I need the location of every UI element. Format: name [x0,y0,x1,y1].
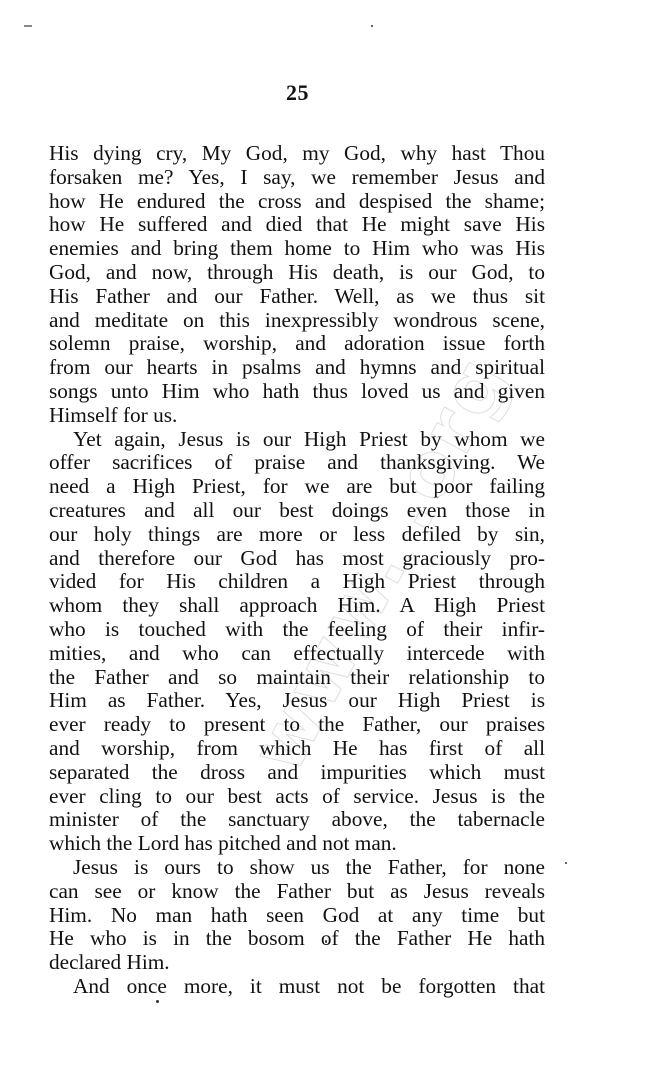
text-line: who is touched with the feeling of their… [49,618,545,642]
text-line: Yet again, Jesus is our High Priest by w… [49,428,545,452]
text-line: He who is in the bosom of the Father He … [49,927,545,951]
text-line: and therefore our God has most graciousl… [49,547,545,571]
text-line: songs unto Him who hath thus loved us an… [49,380,545,404]
text-line: which the Lord has pitched and not man. [49,832,545,856]
scan-speck [565,862,567,864]
scan-speck [325,940,327,943]
text-line: creatures and all our best doings even t… [49,499,545,523]
text-line: Him as Father. Yes, Jesus our High Pries… [49,689,545,713]
text-line: Himself for us. [49,404,545,428]
text-line: His dying cry, My God, my God, why hast … [49,142,545,166]
text-line: mities, and who can effectually interced… [49,642,545,666]
text-line: the Father and so maintain their relatio… [49,666,545,690]
text-line: our holy things are more or less defiled… [49,523,545,547]
text-line: offer sacrifices of praise and thanksgiv… [49,451,545,475]
text-line: And once more, it must not be forgotten … [49,975,545,999]
text-line: how He endured the cross and despised th… [49,190,545,214]
text-line: whom they shall approach Him. A High Pri… [49,594,545,618]
page-number: 25 [0,80,595,106]
text-line: and meditate on this inexpressibly wondr… [49,309,545,333]
text-line: ever ready to present to the Father, our… [49,713,545,737]
text-line: can see or know the Father but as Jesus … [49,880,545,904]
text-line: His Father and our Father. Well, as we t… [49,285,545,309]
book-page: www. .org 25 His dying cry, My God, my G… [0,0,650,1089]
text-line: Jesus is ours to show us the Father, for… [49,856,545,880]
text-line: minister of the sanctuary above, the tab… [49,808,545,832]
text-line: and worship, from which He has first of … [49,737,545,761]
text-line: vided for His children a High Priest thr… [49,570,545,594]
text-line: forsaken me? Yes, I say, we remember Jes… [49,166,545,190]
text-line: God, and now, through His death, is our … [49,261,545,285]
text-line: enemies and bring them home to Him who w… [49,237,545,261]
text-line: separated the dross and impurities which… [49,761,545,785]
text-line: ever cling to our best acts of service. … [49,785,545,809]
body-text: His dying cry, My God, my God, why hast … [49,142,545,999]
text-line: Him. No man hath seen God at any time bu… [49,904,545,928]
scan-artifact [24,25,32,27]
text-line: how He suffered and died that He might s… [49,213,545,237]
scan-speck [371,25,373,27]
text-line: from our hearts in psalms and hymns and … [49,356,545,380]
text-line: need a High Priest, for we are but poor … [49,475,545,499]
text-line: declared Him. [49,951,545,975]
text-line: solemn praise, worship, and adoration is… [49,332,545,356]
scan-speck [156,1000,159,1003]
